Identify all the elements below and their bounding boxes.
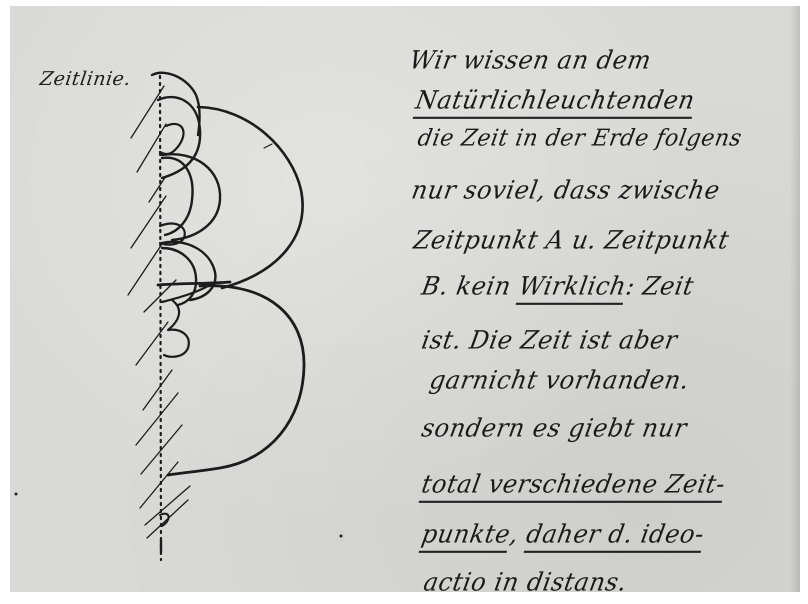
note-line-11: punkte, daher d. ideo- — [419, 519, 706, 548]
note-line-1: Wir wissen an dem — [407, 45, 653, 74]
note-line-4: nur soviel, dass zwische — [409, 175, 722, 204]
note-line-8: garnicht vorhanden. — [427, 365, 691, 394]
time-line-label: Zeitlinie. — [38, 68, 132, 90]
large-arc-lower — [168, 286, 304, 475]
dotted-axis — [160, 76, 161, 560]
note-line-9: sondern es giebt nur — [419, 413, 689, 442]
note-line-3: die Zeit in der Erde folgens — [416, 125, 744, 151]
note-line-12: actio in distans. — [421, 567, 629, 596]
note-line-6: B. kein Wirklich: Zeit — [419, 271, 696, 300]
manuscript-page: Zeitlinie. Wir wissen an dem Natürlichle… — [10, 6, 800, 592]
note-line-2: Natürlichleuchtenden — [413, 85, 697, 114]
note-line-10: total verschiedene Zeit- — [419, 469, 727, 498]
note-line-5: Zeitpunkt A u. Zeitpunkt — [411, 225, 731, 254]
large-arc-upper — [198, 107, 303, 288]
note-line-7: ist. Die Zeit ist aber — [419, 325, 679, 354]
